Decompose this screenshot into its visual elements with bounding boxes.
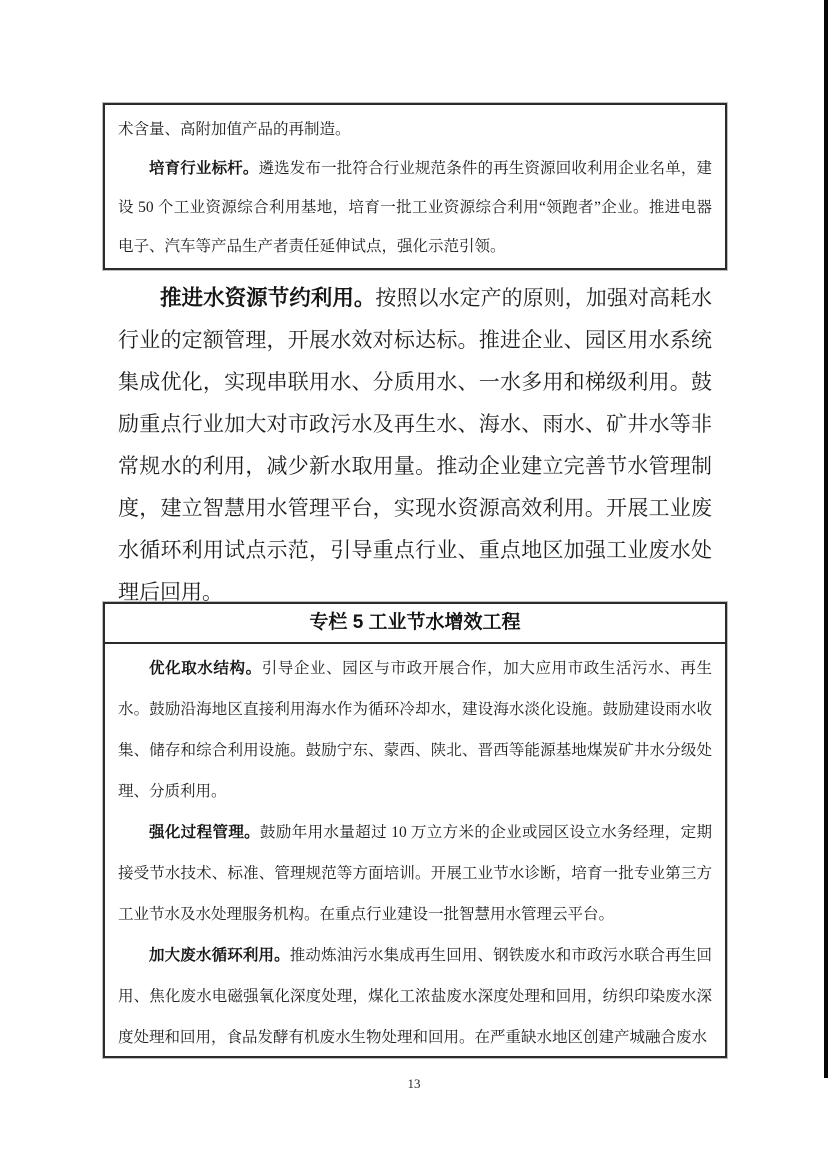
column-box-title: 专栏 5 工业节水增效工程: [105, 604, 725, 644]
paragraph-lead: 强化过程管理。: [149, 824, 260, 841]
document-page: 术含量、高附加值产品的再制造。 培育行业标杆。遴选发布一批符合行业规范条件的再生…: [0, 0, 828, 1169]
paragraph: 术含量、高附加值产品的再制造。: [118, 110, 712, 149]
paragraph: 推进水资源节约利用。按照以水定产的原则，加强对高耗水行业的定额管理，开展水效对标…: [118, 277, 712, 613]
column-box-5: 专栏 5 工业节水增效工程 优化取水结构。引导企业、园区与市政开展合作，加大应用…: [103, 602, 727, 1058]
paragraph-text: 引导企业、园区与市政开展合作，加大应用市政生活污水、再生水。鼓励沿海地区直接利用…: [118, 660, 712, 800]
continued-text-box: 术含量、高附加值产品的再制造。 培育行业标杆。遴选发布一批符合行业规范条件的再生…: [103, 103, 727, 270]
paragraph-lead: 推进水资源节约利用。: [160, 286, 375, 310]
paragraph: 优化取水结构。引导企业、园区与市政开展合作，加大应用市政生活污水、再生水。鼓励沿…: [118, 648, 712, 812]
paragraph: 加大废水循环利用。推动炼油污水集成再生回用、钢铁废水和市政污水联合再生回用、焦化…: [118, 935, 712, 1058]
paragraph-lead: 优化取水结构。: [149, 660, 262, 677]
scan-edge-artifact: [824, 0, 828, 1078]
paragraph-text: 按照以水定产的原则，加强对高耗水行业的定额管理，开展水效对标达标。推进企业、园区…: [118, 286, 712, 604]
paragraph-lead: 培育行业标杆。: [149, 160, 259, 177]
paragraph-text: 术含量、高附加值产品的再制造。: [118, 121, 351, 138]
page-number: 13: [0, 1076, 828, 1092]
column-box-title-text: 专栏 5 工业节水增效工程: [309, 612, 520, 633]
paragraph-lead: 加大废水循环利用。: [149, 947, 290, 964]
paragraph: 培育行业标杆。遴选发布一批符合行业规范条件的再生资源回收利用企业名单，建设 50…: [118, 149, 712, 266]
paragraph: 强化过程管理。鼓励年用水量超过 10 万立方米的企业或园区设立水务经理，定期接受…: [118, 812, 712, 935]
column-box-content: 优化取水结构。引导企业、园区与市政开展合作，加大应用市政生活污水、再生水。鼓励沿…: [105, 644, 725, 1058]
main-body-paragraph: 推进水资源节约利用。按照以水定产的原则，加强对高耗水行业的定额管理，开展水效对标…: [118, 277, 712, 613]
